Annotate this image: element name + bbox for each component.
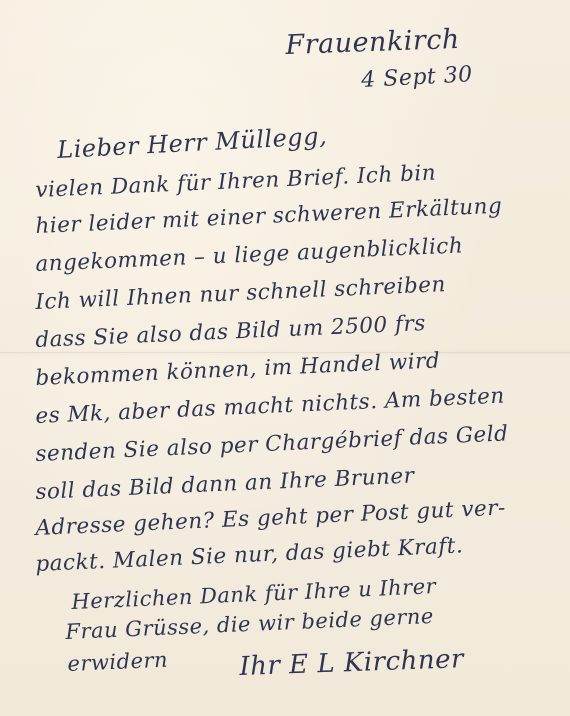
body-line: vielen Dank für Ihren Brief. Ich bin [35,161,437,203]
body-line: Ich will Ihnen nur schnell schreiben [35,272,446,315]
letter-salutation: Lieber Herr Müllegg, [57,122,328,164]
body-line: packt. Malen Sie nur, das giebt Kraft. [35,533,464,577]
body-line: senden Sie also per Chargébrief das Geld [35,421,509,467]
body-line: soll das Bild dann an Ihre Bruner [35,463,415,505]
paper-fold-line [0,352,570,354]
body-line: dass Sie also das Bild um 2500 frs [35,311,426,353]
body-line: hier leider mit einer schweren Erkältung [35,194,503,239]
letter-signature: Ihr E L Kirchner [239,644,464,682]
letter-page: Frauenkirch 4 Sept 30 Lieber Herr Mülleg… [0,0,570,716]
body-line: bekommen können, im Handel wird [35,348,441,391]
letter-place: Frauenkirch [285,24,460,61]
body-line: es Mk, aber das macht nichts. Am besten [35,384,505,429]
body-line: angekommen – u liege augenblicklich [35,233,464,277]
letter-date: 4 Sept 30 [361,62,474,93]
closing-line: erwidern [67,648,169,676]
